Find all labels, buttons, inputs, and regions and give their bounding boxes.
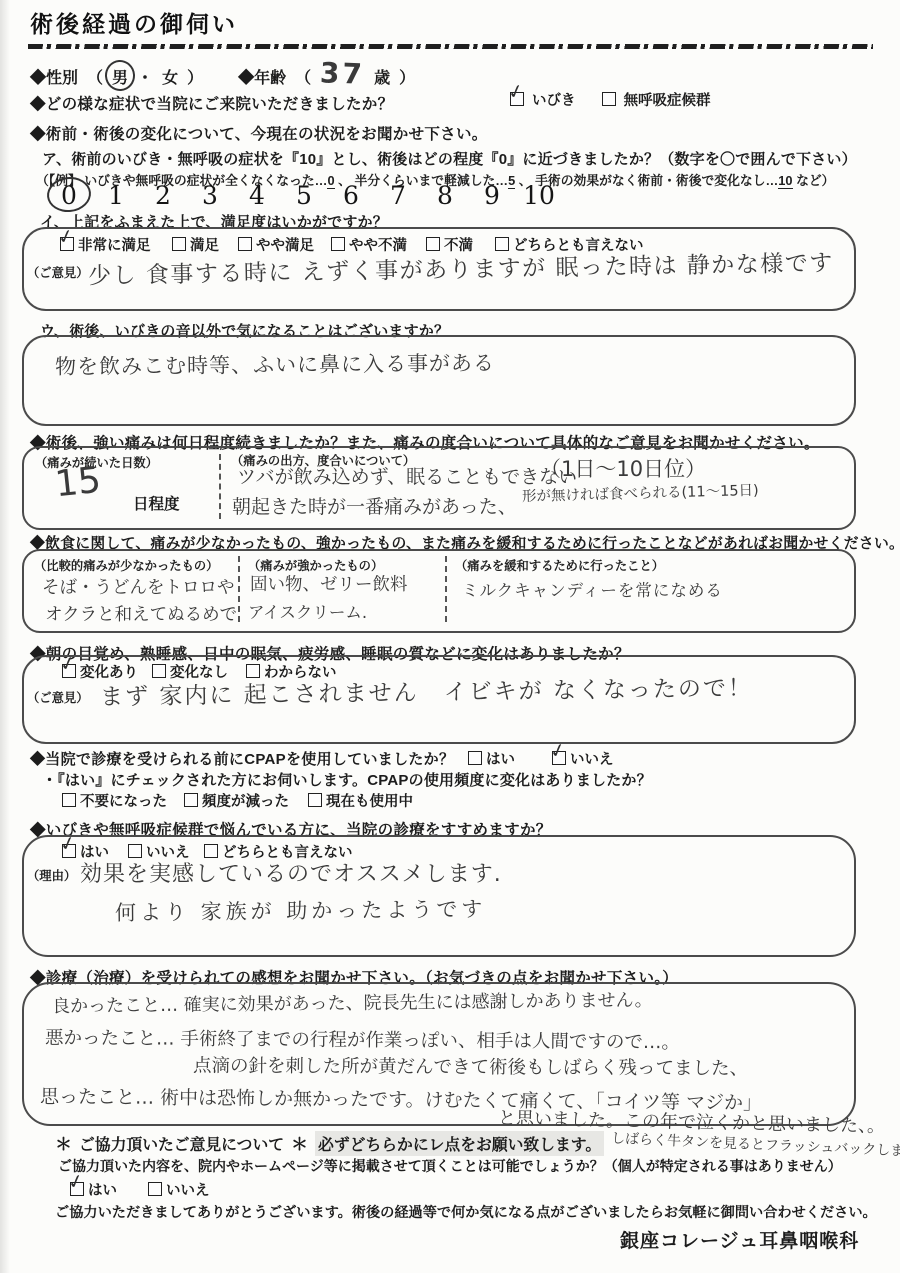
- page-title: 術後経過の御伺い: [30, 6, 238, 39]
- gender-label: ◆性別: [30, 65, 78, 88]
- checkbox-label: 現在も使用中: [326, 794, 413, 810]
- eating-box-divider-1: [238, 556, 240, 622]
- checkbox-option-publish-no[interactable]: いいえ: [148, 1179, 210, 1200]
- example-text: など）: [793, 173, 835, 188]
- pain-days-unit: 日程度: [133, 492, 180, 514]
- comment-label: （ご意見）: [27, 688, 89, 706]
- comment-label: （ご意見）: [27, 263, 89, 281]
- gender-option-male[interactable]: 男: [112, 65, 128, 88]
- footer-note-prefix: ご協力頂いたご意見について: [79, 1132, 284, 1155]
- checkbox-option-satisfied[interactable]: 満足: [172, 234, 219, 255]
- checkbox-option-frequency-decreased[interactable]: 頻度が減った: [184, 790, 289, 811]
- gender-paren-open: （: [87, 65, 103, 88]
- checkbox-label: いいえ: [570, 752, 614, 768]
- checkbox-label: いいえ: [166, 1183, 210, 1199]
- checkbox-label: いびき: [532, 93, 576, 109]
- checkbox-option-ibiki[interactable]: いびき: [510, 89, 576, 110]
- scale-number-4[interactable]: 4: [240, 181, 274, 210]
- other-concerns-handwritten-answer: 物を飲みこむ時等、ふいに鼻に入る事がある: [55, 347, 495, 381]
- eating-col1-handwritten-line2: オクラと和えてぬるめで: [45, 601, 237, 626]
- scale-number-1[interactable]: 1: [99, 181, 133, 210]
- age-handwritten-value: 37: [320, 56, 366, 91]
- example-underlined-10: 10: [778, 173, 792, 189]
- impressions-handwritten-line-2: 悪かったこと… 手術終了までの行程が作業っぽい、相手は人間ですので…。: [45, 1024, 680, 1054]
- asterisk-mark: ＊: [55, 1130, 72, 1155]
- scale-number-10[interactable]: 10: [522, 181, 556, 210]
- checkbox-somewhat-satisfied[interactable]: [238, 237, 252, 251]
- title-divider: [28, 44, 873, 49]
- scale-number-9[interactable]: 9: [475, 181, 509, 210]
- checkbox-option-somewhat-satisfied[interactable]: やや満足: [238, 234, 314, 255]
- scale-number-8[interactable]: 8: [428, 181, 462, 210]
- checkbox-changed[interactable]: [62, 664, 76, 678]
- eating-col1-label: （比較的痛みが少なかったもの）: [34, 556, 218, 574]
- checkbox-frequency-decreased[interactable]: [184, 793, 198, 807]
- checkbox-option-no-longer-needed[interactable]: 不要になった: [62, 790, 167, 811]
- publish-question: ご協力頂いた内容を、院内やホームページ等に掲載させて頂くことは可能でしょうか？（…: [58, 1156, 842, 1176]
- checkbox-still-using[interactable]: [308, 793, 322, 807]
- eating-col3-label: （痛みを緩和するために行ったこと）: [455, 556, 664, 574]
- checkbox-very-satisfied[interactable]: [60, 237, 74, 251]
- eating-col2-handwritten-line1: 固い物、ゼリー飲料: [250, 571, 408, 596]
- thanks-message: ご協力いただきましてありがとうございます。術後の経過等で何か気になる点がございま…: [55, 1202, 877, 1222]
- eating-col1-handwritten-line1: そば・うどんをトロロや: [42, 574, 235, 599]
- eating-box-divider-2: [445, 556, 447, 622]
- checkbox-publish-no[interactable]: [148, 1182, 162, 1196]
- eating-col3-handwritten-line1: ミルクキャンディーを常になめる: [462, 577, 723, 601]
- cpap-question: ◆当院で診療を受けられる前にCPAPを使用していましたか？: [30, 748, 454, 769]
- checkbox-neither[interactable]: [495, 237, 509, 251]
- asterisk-mark: ＊: [291, 1130, 308, 1155]
- gender-paren-close: ）: [187, 65, 203, 88]
- recommend-handwritten-reason-2: 何より 家族が 助かったようです: [115, 893, 487, 927]
- checkbox-recommend-no[interactable]: [128, 844, 142, 858]
- scale-number-7[interactable]: 7: [381, 181, 415, 210]
- cpap-sub-question: ・『はい』にチェックされた方にお伺いします。CPAPの使用頻度に変化はありました…: [42, 769, 652, 790]
- impressions-handwritten-line-3: 点滴の針を刺した所が黄だんできて術後もしばらく残ってました、: [193, 1052, 748, 1081]
- checkbox-option-very-satisfied[interactable]: 非常に満足: [60, 234, 151, 255]
- age-paren-close: ）: [399, 65, 415, 88]
- age-label: ◆年齢: [238, 65, 286, 88]
- checkbox-cpap-no[interactable]: [552, 751, 566, 765]
- pain-handwritten-line-2: 朝起きた時が一番痛みがあった、: [232, 492, 517, 519]
- gender-separator: ・: [137, 65, 153, 88]
- gender-option-female[interactable]: 女: [162, 65, 178, 88]
- reason-label: （理由）: [27, 866, 76, 884]
- scale-number-2[interactable]: 2: [146, 181, 180, 210]
- age-paren-open: （: [295, 65, 311, 88]
- checkbox-no-change[interactable]: [152, 664, 166, 678]
- checkbox-satisfied[interactable]: [172, 237, 186, 251]
- prepost-heading: ◆術前・術後の変化について、今現在の状況をお聞かせ下さい。: [30, 122, 488, 144]
- checkbox-option-cpap-no[interactable]: いいえ: [552, 748, 614, 769]
- checkbox-option-publish-yes[interactable]: はい: [70, 1179, 117, 1200]
- scale-number-6[interactable]: 6: [334, 181, 368, 210]
- checkbox-recommend-neither[interactable]: [204, 844, 218, 858]
- recommend-handwritten-reason-1: 効果を実感しているのでオススメします.: [80, 857, 502, 888]
- clinic-name: 銀座コレージュ耳鼻咽喉科: [620, 1226, 859, 1253]
- eating-col2-handwritten-line2: アイスクリーム.: [248, 599, 367, 623]
- checkbox-recommend-yes[interactable]: [62, 844, 76, 858]
- footer-note-bold: 必ずどちらかにレ点をお願い致します。: [315, 1131, 604, 1156]
- checkbox-label: 頻度が減った: [202, 794, 289, 810]
- scale-number-3[interactable]: 3: [193, 181, 227, 210]
- checkbox-dissatisfied[interactable]: [426, 237, 440, 251]
- symptom-options: いびき 無呼吸症候群: [510, 89, 711, 110]
- checkbox-option-cpap-yes[interactable]: はい: [468, 748, 515, 769]
- checkbox-label: はい: [88, 1183, 117, 1199]
- checkbox-publish-yes[interactable]: [70, 1182, 84, 1196]
- checkbox-label: はい: [486, 752, 515, 768]
- checkbox-somewhat-dissatisfied[interactable]: [331, 237, 345, 251]
- checkbox-label: 満足: [190, 238, 219, 254]
- prepost-sub-question: ア、術前のいびき・無呼吸の症状を『10』とし、術後はどの程度『0』に近づきました…: [42, 148, 857, 169]
- rating-scale: 0 1 2 3 4 5 6 7 8 9 10: [52, 181, 569, 210]
- checkbox-option-still-using[interactable]: 現在も使用中: [308, 790, 413, 811]
- checkbox-apnea[interactable]: [602, 92, 616, 106]
- symptom-question: ◆どの様な症状で当院にご来院いただきましたか？: [30, 92, 393, 114]
- checkbox-label: やや満足: [256, 238, 314, 254]
- checkbox-ibiki[interactable]: [510, 92, 524, 106]
- questionnaire-page: 術後経過の御伺い ◆性別 （ 男 ・ 女 ） ◆年齢 （ 37 歳 ） ◆どの様…: [0, 0, 900, 1273]
- checkbox-cpap-yes[interactable]: [468, 751, 482, 765]
- checkbox-label: 無呼吸症候群: [624, 93, 711, 109]
- checkbox-option-apnea[interactable]: 無呼吸症候群: [602, 89, 711, 110]
- pain-box-divider: [219, 454, 221, 519]
- scale-number-5[interactable]: 5: [287, 181, 321, 210]
- footer-note: ＊ ご協力頂いたご意見について ＊ 必ずどちらかにレ点をお願い致します。 しばら…: [55, 1130, 900, 1156]
- pain-handwritten-note-1: （1日〜10日位）: [540, 453, 706, 483]
- scale-number-0[interactable]: 0: [52, 181, 86, 210]
- age-unit: 歳: [374, 65, 390, 88]
- checkbox-label: 非常に満足: [78, 238, 151, 254]
- pain-days-handwritten-value: 15: [53, 460, 103, 506]
- checkbox-label: 不要になった: [80, 794, 167, 810]
- profile-row: ◆性別 （ 男 ・ 女 ） ◆年齢 （ 37 歳 ）: [30, 60, 415, 93]
- checkbox-no-longer-needed[interactable]: [62, 793, 76, 807]
